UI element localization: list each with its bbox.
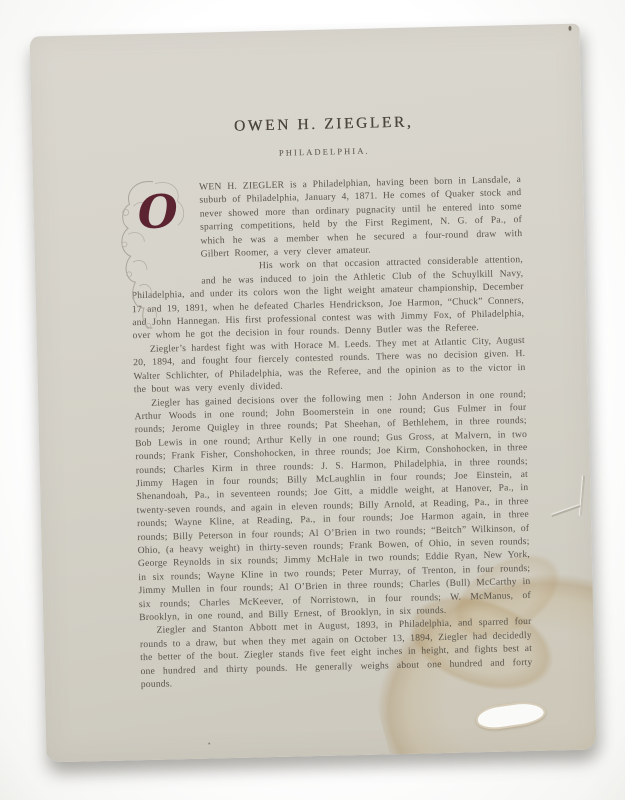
photo-background: OWEN H. ZIEGLER, PHILADELPHIA. O — [0, 0, 625, 800]
initial-letter: O — [137, 184, 179, 239]
document-page: OWEN H. ZIEGLER, PHILADELPHIA. O — [30, 24, 597, 763]
paragraph-3: Ziegler’s hardest fight was with Horace … — [133, 334, 526, 397]
paragraph-5: Ziegler and Stanton Abbott met in August… — [139, 615, 532, 691]
paper-surface: OWEN H. ZIEGLER, PHILADELPHIA. O — [30, 24, 597, 763]
paper-speck-top — [568, 26, 571, 31]
page-subtitle: PHILADELPHIA. — [128, 142, 520, 161]
edge-tear-mark — [544, 476, 585, 535]
page-title: OWEN H. ZIEGLER, — [128, 111, 520, 138]
body-text: O WEN H. ZIEGLER is a Philadelphian, hav… — [129, 173, 533, 692]
ornate-initial: O — [129, 183, 195, 282]
paper-speck-bottom — [208, 743, 210, 745]
printed-content: OWEN H. ZIEGLER, PHILADELPHIA. O — [128, 111, 533, 692]
paragraph-4: Ziegler has gained decisions over the fo… — [134, 387, 531, 624]
ornate-initial-graphic: O — [115, 177, 197, 337]
